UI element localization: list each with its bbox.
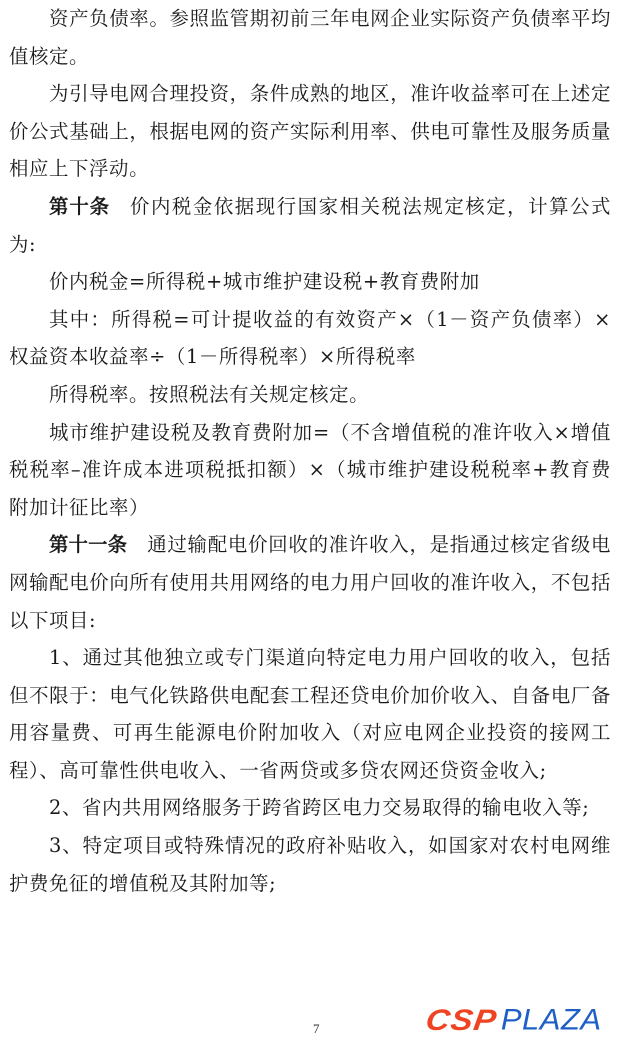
paragraph-text: 城市维护建设税及教育费附加=（不含增值税的准许收入×增值税税率–准许成本进项税抵… [9, 421, 611, 519]
article-11: 第十一条通过输配电价回收的准许收入，是指通过核定省级电网输配电价向所有使用共用网… [9, 526, 611, 639]
paragraph-text: 1、通过其他独立或专门渠道向特定电力用户回收的收入，包括但不限于：电气化铁路供电… [9, 646, 611, 782]
paragraph-text: 资产负债率。参照监管期初前三年电网企业实际资产负债率平均值核定。 [9, 7, 611, 68]
formula-urban-tax: 城市维护建设税及教育费附加=（不含增值税的准许收入×增值税税率–准许成本进项税抵… [9, 414, 611, 527]
article-heading: 第十一条 [49, 533, 127, 556]
paragraph-text: 价内税金=所得税+城市维护建设税+教育费附加 [49, 270, 480, 293]
paragraph-text: 其中：所得税=可计提收益的有效资产×（1－资产负债率）×权益资本收益率÷（1－所… [9, 308, 611, 369]
paragraph-return-rate-float: 为引导电网合理投资，条件成熟的地区，准许收益率可在上述定价公式基础上，根据电网的… [9, 75, 611, 188]
paragraph-text: 2、省内共用网络服务于跨省跨区电力交易取得的输电收入等; [49, 796, 589, 819]
page-number: 7 [313, 1021, 320, 1037]
list-item-1: 1、通过其他独立或专门渠道向特定电力用户回收的收入，包括但不限于：电气化铁路供电… [9, 639, 611, 789]
formula-income-tax: 其中：所得税=可计提收益的有效资产×（1－资产负债率）×权益资本收益率÷（1－所… [9, 301, 611, 376]
list-item-3: 3、特定项目或特殊情况的政府补贴收入，如国家对农村电网维护费免征的增值税及其附加… [9, 827, 611, 902]
article-heading: 第十条 [49, 195, 110, 218]
document-page: 资产负债率。参照监管期初前三年电网企业实际资产负债率平均值核定。 为引导电网合理… [9, 0, 611, 902]
logo-plaza-text: PLAZA [501, 1003, 602, 1037]
paragraph-debt-ratio: 资产负债率。参照监管期初前三年电网企业实际资产负债率平均值核定。 [9, 0, 611, 75]
paragraph-text: 3、特定项目或特殊情况的政府补贴收入，如国家对农村电网维护费免征的增值税及其附加… [9, 834, 611, 895]
paragraph-income-tax-rate: 所得税率。按照税法有关规定核定。 [9, 376, 611, 414]
list-item-2: 2、省内共用网络服务于跨省跨区电力交易取得的输电收入等; [9, 789, 611, 827]
watermark-logo: CSP PLAZA [426, 1003, 602, 1037]
formula-tax: 价内税金=所得税+城市维护建设税+教育费附加 [9, 263, 611, 301]
paragraph-text: 所得税率。按照税法有关规定核定。 [49, 383, 369, 406]
logo-csp-text: CSP [424, 1003, 500, 1037]
paragraph-text: 为引导电网合理投资，条件成熟的地区，准许收益率可在上述定价公式基础上，根据电网的… [9, 82, 611, 180]
article-10: 第十条价内税金依据现行国家相关税法规定核定，计算公式为: [9, 188, 611, 263]
